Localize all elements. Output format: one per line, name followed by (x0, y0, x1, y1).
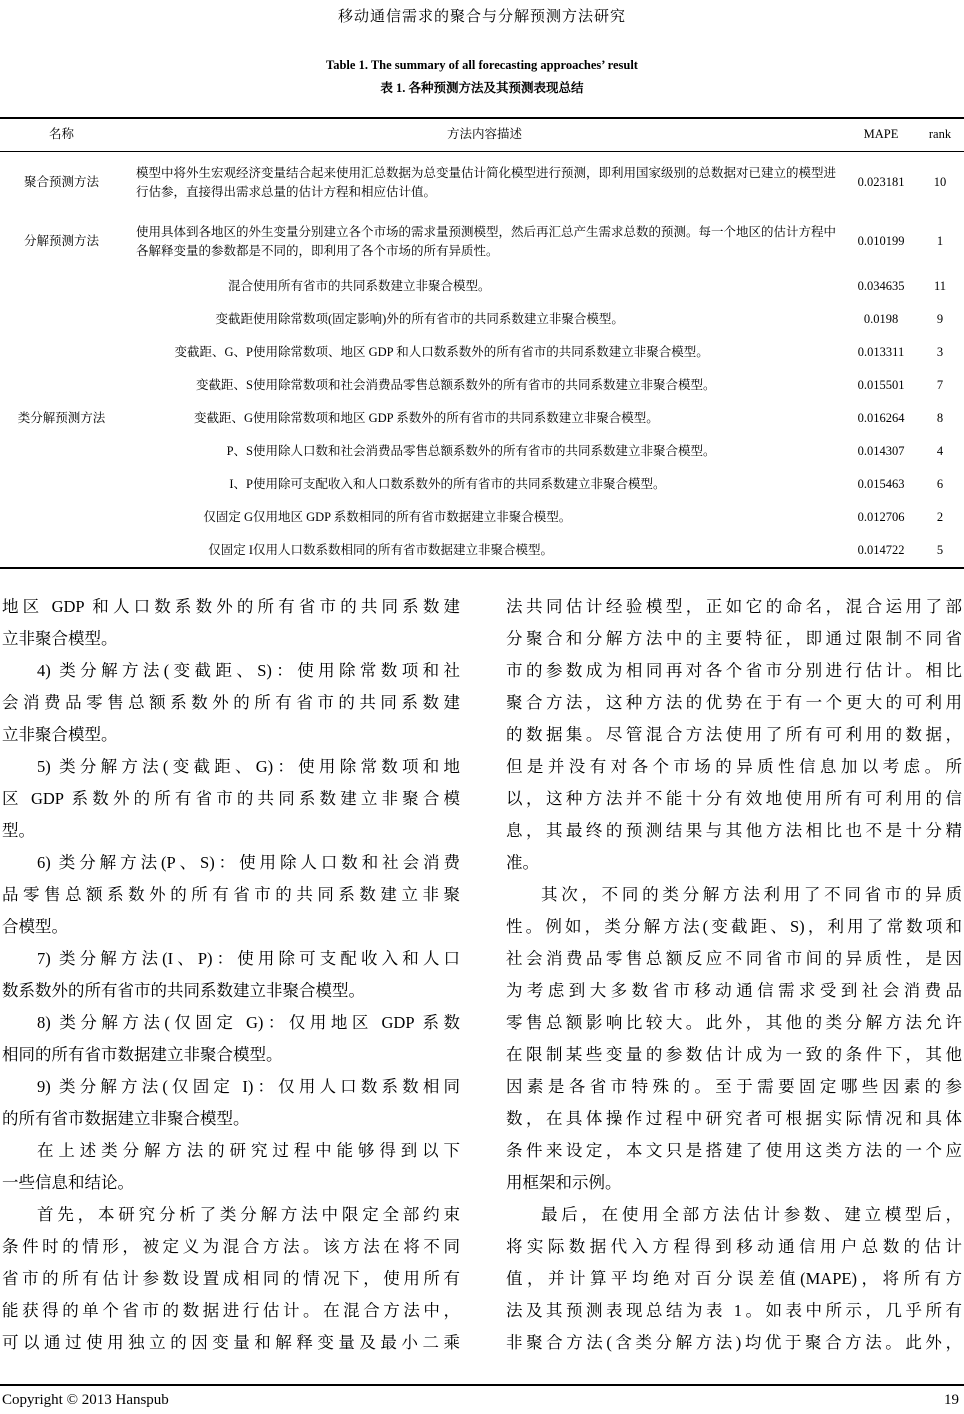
text-line: 地区 GDP 和人口数系数外的所有省市的共同系数建 (2, 591, 460, 623)
group-name-cell: 类分解预测方法 (0, 270, 123, 568)
rank-cell: 4 (916, 435, 964, 468)
text-line: 在限制某些变量的参数估计成为一致的条件下，其他 (506, 1039, 962, 1071)
text-line: 零售总额影响比较大。此外，其他的类分解方法允许 (506, 1007, 962, 1039)
body-column-left: 地区 GDP 和人口数系数外的所有省市的共同系数建 立非聚合模型。 4) 类分解… (2, 591, 460, 1359)
text-line: 8) 类分解方法(仅固定 G)：仅用地区 GDP 系数 (2, 1007, 460, 1039)
mape-cell: 0.014722 (846, 534, 916, 568)
text-line: 非聚合方法(含类分解方法)均优于聚合方法。此外， (506, 1327, 962, 1359)
sub-label-cell: 变截距、S (123, 369, 253, 402)
description-cell: 使用具体到各地区的外生变量分别建立各个市场的需求量预测模型，然后再汇总产生需求总… (123, 214, 846, 270)
page-number: 19 (944, 1392, 959, 1409)
text-line: 最后，在使用全部方法估计参数、建立模型后， (506, 1199, 962, 1231)
rank-cell: 11 (916, 270, 964, 303)
text-line: 条件时的情形，被定义为混合方法。该方法在将不同 (2, 1231, 460, 1263)
text-line: 合模型。 (2, 911, 460, 943)
text-line: 数系数外的所有省市的共同系数建立非聚合模型。 (2, 975, 460, 1007)
rank-cell: 9 (916, 303, 964, 336)
body-column-right: 法共同估计经验模型，正如它的命名，混合运用了部 分聚合和分解方法中的主要特征，即… (506, 591, 962, 1359)
table-row: P、S 使用除人口数和社会消费品零售总额系数外的所有省市的共同系数建立非聚合模型… (0, 435, 964, 468)
description-cell: 使用除常数项、地区 GDP 和人口数系数外的所有省市的共同系数建立非聚合模型。 (253, 336, 846, 369)
text-line: 法共同估计经验模型，正如它的命名，混合运用了部 (506, 591, 962, 623)
mape-cell: 0.016264 (846, 402, 916, 435)
sub-label-cell: 变截距 (123, 303, 253, 336)
sub-label-cell: P、S (123, 435, 253, 468)
table-row: 聚合预测方法 模型中将外生宏观经济变量结合起来使用汇总数据为总变量估计简化模型进… (0, 152, 964, 215)
mape-cell: 0.023181 (846, 152, 916, 215)
footer-divider (0, 1384, 964, 1386)
description-cell: 使用除可支配收入和人口数系数外的所有省市的共同系数建立非聚合模型。 (253, 468, 846, 501)
sub-label-cell: I、P (123, 468, 253, 501)
text-line: 社会消费品零售总额反应不同省市间的异质性，是因 (506, 943, 962, 975)
text-line: 数，在具体操作过程中研究者可根据实际情况和具体 (506, 1103, 962, 1135)
text-line: 市的参数成为相同再对各个省市分别进行估计。相比 (506, 655, 962, 687)
text-line: 省市的所有估计参数设置成相同的情况下，使用所有 (2, 1263, 460, 1295)
name-cell: 分解预测方法 (0, 214, 123, 270)
text-line: 但是并没有对各个市场的异质性信息加以考虑。所 (506, 751, 962, 783)
text-line: 可以通过使用独立的因变量和解释变量及最小二乘 (2, 1327, 460, 1359)
table-row: 仅固定 I 仅用人口数系数相同的所有省市数据建立非聚合模型。 0.014722 … (0, 534, 964, 568)
text-line: 以，这种方法并不能十分有效地使用所有可利用的信 (506, 783, 962, 815)
mape-cell: 0.012706 (846, 501, 916, 534)
description-cell: 使用除常数项和社会消费品零售总额系数外的所有省市的共同系数建立非聚合模型。 (253, 369, 846, 402)
description-cell: 使用除常数项(固定影响)外的所有省市的共同系数建立非聚合模型。 (253, 303, 846, 336)
table-row: 类分解预测方法 混合 使用所有省市的共同系数建立非聚合模型。 0.034635 … (0, 270, 964, 303)
text-line: 6) 类分解方法(P、S)：使用除人口数和社会消费 (2, 847, 460, 879)
text-line: 性。例如，类分解方法(变截距、S)，利用了常数项和 (506, 911, 962, 943)
text-line: 用框架和示例。 (506, 1167, 962, 1199)
text-line: 首先，本研究分析了类分解方法中限定全部约束 (2, 1199, 460, 1231)
mape-cell: 0.010199 (846, 214, 916, 270)
text-line: 型。 (2, 815, 460, 847)
description-cell: 使用除人口数和社会消费品零售总额系数外的所有省市的共同系数建立非聚合模型。 (253, 435, 846, 468)
rank-cell: 1 (916, 214, 964, 270)
mape-cell: 0.0198 (846, 303, 916, 336)
mape-cell: 0.014307 (846, 435, 916, 468)
table-row: 仅固定 G 仅用地区 GDP 系数相同的所有省市数据建立非聚合模型。 0.012… (0, 501, 964, 534)
text-line: 品零售总额系数外的所有省市的共同系数建立非聚 (2, 879, 460, 911)
table-caption-en: Table 1. The summary of all forecasting … (0, 58, 964, 73)
rank-cell: 6 (916, 468, 964, 501)
text-line: 能获得的单个省市的数据进行估计。在混合方法中， (2, 1295, 460, 1327)
table-caption-zh: 表 1. 各种预测方法及其预测表现总结 (0, 78, 964, 96)
text-line: 条件来设定，本文只是搭建了使用这类方法的一个应 (506, 1135, 962, 1167)
sub-label-cell: 仅固定 G (123, 501, 253, 534)
description-cell: 使用所有省市的共同系数建立非聚合模型。 (253, 270, 846, 303)
text-line: 相同的所有省市数据建立非聚合模型。 (2, 1039, 460, 1071)
rank-cell: 8 (916, 402, 964, 435)
results-table: 名称 方法内容描述 MAPE rank 聚合预测方法 模型中将外生宏观经济变量结… (0, 117, 964, 569)
col-header-name: 名称 (0, 118, 123, 152)
text-line: 立非聚合模型。 (2, 719, 460, 751)
text-line: 值，并计算平均绝对百分误差值(MAPE)，将所有方 (506, 1263, 962, 1295)
body-text: 地区 GDP 和人口数系数外的所有省市的共同系数建 立非聚合模型。 4) 类分解… (2, 591, 962, 1359)
text-line: 的数据集。尽管混合方法使用了所有可利用的数据， (506, 719, 962, 751)
mape-cell: 0.015501 (846, 369, 916, 402)
table-row: 变截距、G 使用除常数项和地区 GDP 系数外的所有省市的共同系数建立非聚合模型… (0, 402, 964, 435)
text-line: 其次，不同的类分解方法利用了不同省市的异质 (506, 879, 962, 911)
text-line: 将实际数据代入方程得到移动通信用户总数的估计 (506, 1231, 962, 1263)
name-cell: 聚合预测方法 (0, 152, 123, 215)
table-row: 变截距、S 使用除常数项和社会消费品零售总额系数外的所有省市的共同系数建立非聚合… (0, 369, 964, 402)
table-header-row: 名称 方法内容描述 MAPE rank (0, 118, 964, 152)
rank-cell: 7 (916, 369, 964, 402)
description-cell: 仅用人口数系数相同的所有省市数据建立非聚合模型。 (253, 534, 846, 568)
rank-cell: 5 (916, 534, 964, 568)
description-cell: 使用除常数项和地区 GDP 系数外的所有省市的共同系数建立非聚合模型。 (253, 402, 846, 435)
table-row: I、P 使用除可支配收入和人口数系数外的所有省市的共同系数建立非聚合模型。 0.… (0, 468, 964, 501)
paper-page: 移动通信需求的聚合与分解预测方法研究 Table 1. The summary … (0, 0, 964, 1414)
description-cell: 模型中将外生宏观经济变量结合起来使用汇总数据为总变量估计简化模型进行预测，即利用… (123, 152, 846, 215)
col-header-description: 方法内容描述 (123, 118, 846, 152)
rank-cell: 2 (916, 501, 964, 534)
text-line: 为考虑到大多数省市移动通信需求受到社会消费品 (506, 975, 962, 1007)
text-line: 的所有省市数据建立非聚合模型。 (2, 1103, 460, 1135)
text-line: 7) 类分解方法(I、P)：使用除可支配收入和人口 (2, 943, 460, 975)
text-line: 聚合方法，这种方法的优势在于有一个更大的可利用 (506, 687, 962, 719)
col-header-rank: rank (916, 118, 964, 152)
text-line: 5) 类分解方法(变截距、G)：使用除常数项和地 (2, 751, 460, 783)
description-cell: 仅用地区 GDP 系数相同的所有省市数据建立非聚合模型。 (253, 501, 846, 534)
text-line: 一些信息和结论。 (2, 1167, 460, 1199)
table-row: 变截距 使用除常数项(固定影响)外的所有省市的共同系数建立非聚合模型。 0.01… (0, 303, 964, 336)
text-line: 准。 (506, 847, 962, 879)
mape-cell: 0.013311 (846, 336, 916, 369)
text-line: 在上述类分解方法的研究过程中能够得到以下 (2, 1135, 460, 1167)
sub-label-cell: 混合 (123, 270, 253, 303)
table-row: 变截距、G、P 使用除常数项、地区 GDP 和人口数系数外的所有省市的共同系数建… (0, 336, 964, 369)
doc-title: 移动通信需求的聚合与分解预测方法研究 (0, 5, 964, 26)
sub-label-cell: 变截距、G (123, 402, 253, 435)
table-row: 分解预测方法 使用具体到各地区的外生变量分别建立各个市场的需求量预测模型，然后再… (0, 214, 964, 270)
text-line: 9) 类分解方法(仅固定 I)：仅用人口数系数相同 (2, 1071, 460, 1103)
sub-label-cell: 仅固定 I (123, 534, 253, 568)
text-line: 立非聚合模型。 (2, 623, 460, 655)
text-line: 4) 类分解方法(变截距、S)：使用除常数项和社 (2, 655, 460, 687)
text-line: 因素是各省市特殊的。至于需要固定哪些因素的参 (506, 1071, 962, 1103)
text-line: 息，其最终的预测结果与其他方法相比也不是十分精 (506, 815, 962, 847)
rank-cell: 10 (916, 152, 964, 215)
col-header-mape: MAPE (846, 118, 916, 152)
text-line: 区 GDP 系数外的所有省市的共同系数建立非聚合模 (2, 783, 460, 815)
text-line: 分聚合和分解方法中的主要特征，即通过限制不同省 (506, 623, 962, 655)
sub-label-cell: 变截距、G、P (123, 336, 253, 369)
text-line: 法及其预测表现总结为表 1。如表中所示，几乎所有 (506, 1295, 962, 1327)
footer-copyright: Copyright © 2013 Hanspub (2, 1392, 169, 1409)
rank-cell: 3 (916, 336, 964, 369)
text-line: 会消费品零售总额系数外的所有省市的共同系数建 (2, 687, 460, 719)
mape-cell: 0.015463 (846, 468, 916, 501)
mape-cell: 0.034635 (846, 270, 916, 303)
